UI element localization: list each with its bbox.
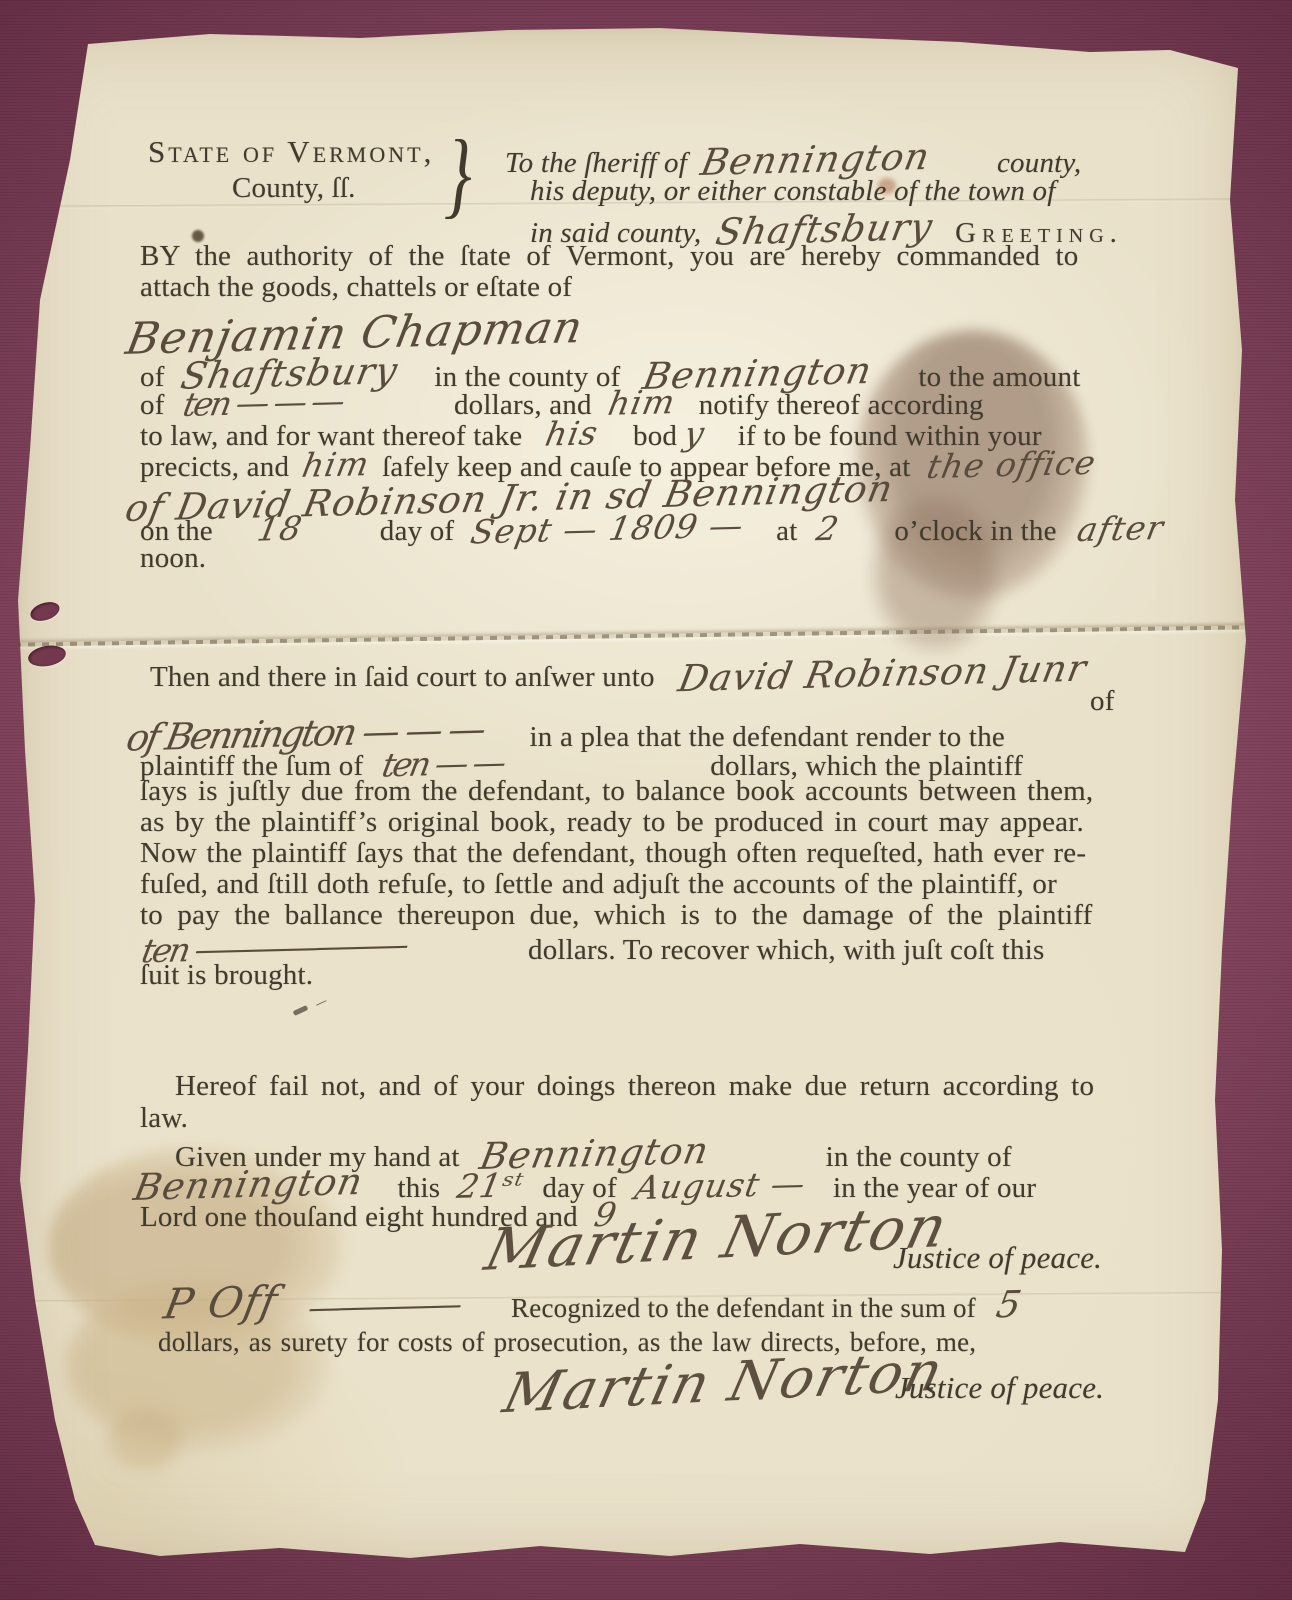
- ink-mark: [293, 1005, 309, 1016]
- signature-martin-norton-2: Martin Norton: [498, 1339, 951, 1426]
- print-fragment: o’clock in the: [894, 515, 1056, 547]
- handwritten-place: the office: [924, 443, 1100, 486]
- plea-line-6: as by the plaintiff’s original book, rea…: [140, 806, 1084, 839]
- caption-state-line: State of Vermont,: [148, 134, 434, 170]
- closing-line-2: law.: [140, 1102, 188, 1135]
- attach-line-f: on the 18 day of Sept — 1809 — at 2 o’cl…: [140, 509, 1164, 548]
- signature-line-2: Martin Norton: [508, 1350, 940, 1414]
- handwritten-dash-line: —————: [305, 1284, 463, 1327]
- plea-line-8: fuſed, and ſtill doth refuſe, to ſettle …: [140, 868, 1057, 901]
- handwritten-hour: 2: [813, 509, 842, 549]
- closing-line-1: Hereof fail not, and of your doings ther…: [175, 1070, 1094, 1103]
- caption-county-line: County, ſſ.: [232, 172, 356, 205]
- handwritten-initials: P Off: [160, 1277, 282, 1329]
- command-line-2: attach the goods, chattels or eſtate of: [140, 271, 572, 304]
- photo-background: State of Vermont, County, ſſ. } To the ſ…: [0, 0, 1292, 1600]
- plea-line-5: ſays is juſtly due from the defendant, t…: [140, 775, 1093, 808]
- attach-line-g: noon.: [140, 542, 206, 575]
- caption-address-line-2: his deputy, or either constable of the t…: [530, 175, 1056, 208]
- justice-title-2: Justice of peace.: [895, 1370, 1104, 1406]
- handwritten-surety-amount: 5: [993, 1283, 1026, 1327]
- fold-crease-middle: [0, 625, 1265, 647]
- document-paper: State of Vermont, County, ſſ. } To the ſ…: [10, 22, 1255, 1572]
- plea-line-1: Then and there in ſaid court to anſwer u…: [150, 652, 1086, 695]
- command-line-1: BY the authority of the ſtate of Vermont…: [140, 240, 1078, 273]
- print-fragment: dollars. To recover which, with juſt coſ…: [528, 934, 1044, 966]
- handwritten-plaintiff-name: David Robinson Junr: [675, 647, 1091, 701]
- print-fragment: day of: [380, 515, 454, 547]
- recognizance-line-1: P Off ————— Recognized to the defendant …: [165, 1278, 1022, 1327]
- print-fragment: at: [776, 515, 797, 547]
- print-fragment: Then and there in ſaid court to anſwer u…: [150, 661, 655, 693]
- handwritten-after: after: [1074, 508, 1167, 549]
- plea-line-7: Now the plaintiff ſays that the defendan…: [140, 837, 1086, 870]
- signature-line-1: Martin Norton: [490, 1204, 944, 1272]
- paper-hole-2: [27, 643, 68, 669]
- signature-martin-norton-1: Martin Norton: [479, 1192, 955, 1284]
- paper-hole-1: [28, 599, 62, 624]
- handwritten-day: 18: [255, 508, 306, 548]
- handwritten-month-year: Sept — 1809 —: [467, 505, 747, 551]
- plea-line-2: of: [1090, 685, 1115, 718]
- print-fragment: Recognized to the defendant in the sum o…: [511, 1293, 976, 1323]
- caption-brace: }: [444, 126, 472, 222]
- justice-title-1: Justice of peace.: [893, 1240, 1102, 1276]
- water-stain-left-3: [105, 1407, 185, 1472]
- plea-line-11: ſuit is brought.: [140, 959, 313, 992]
